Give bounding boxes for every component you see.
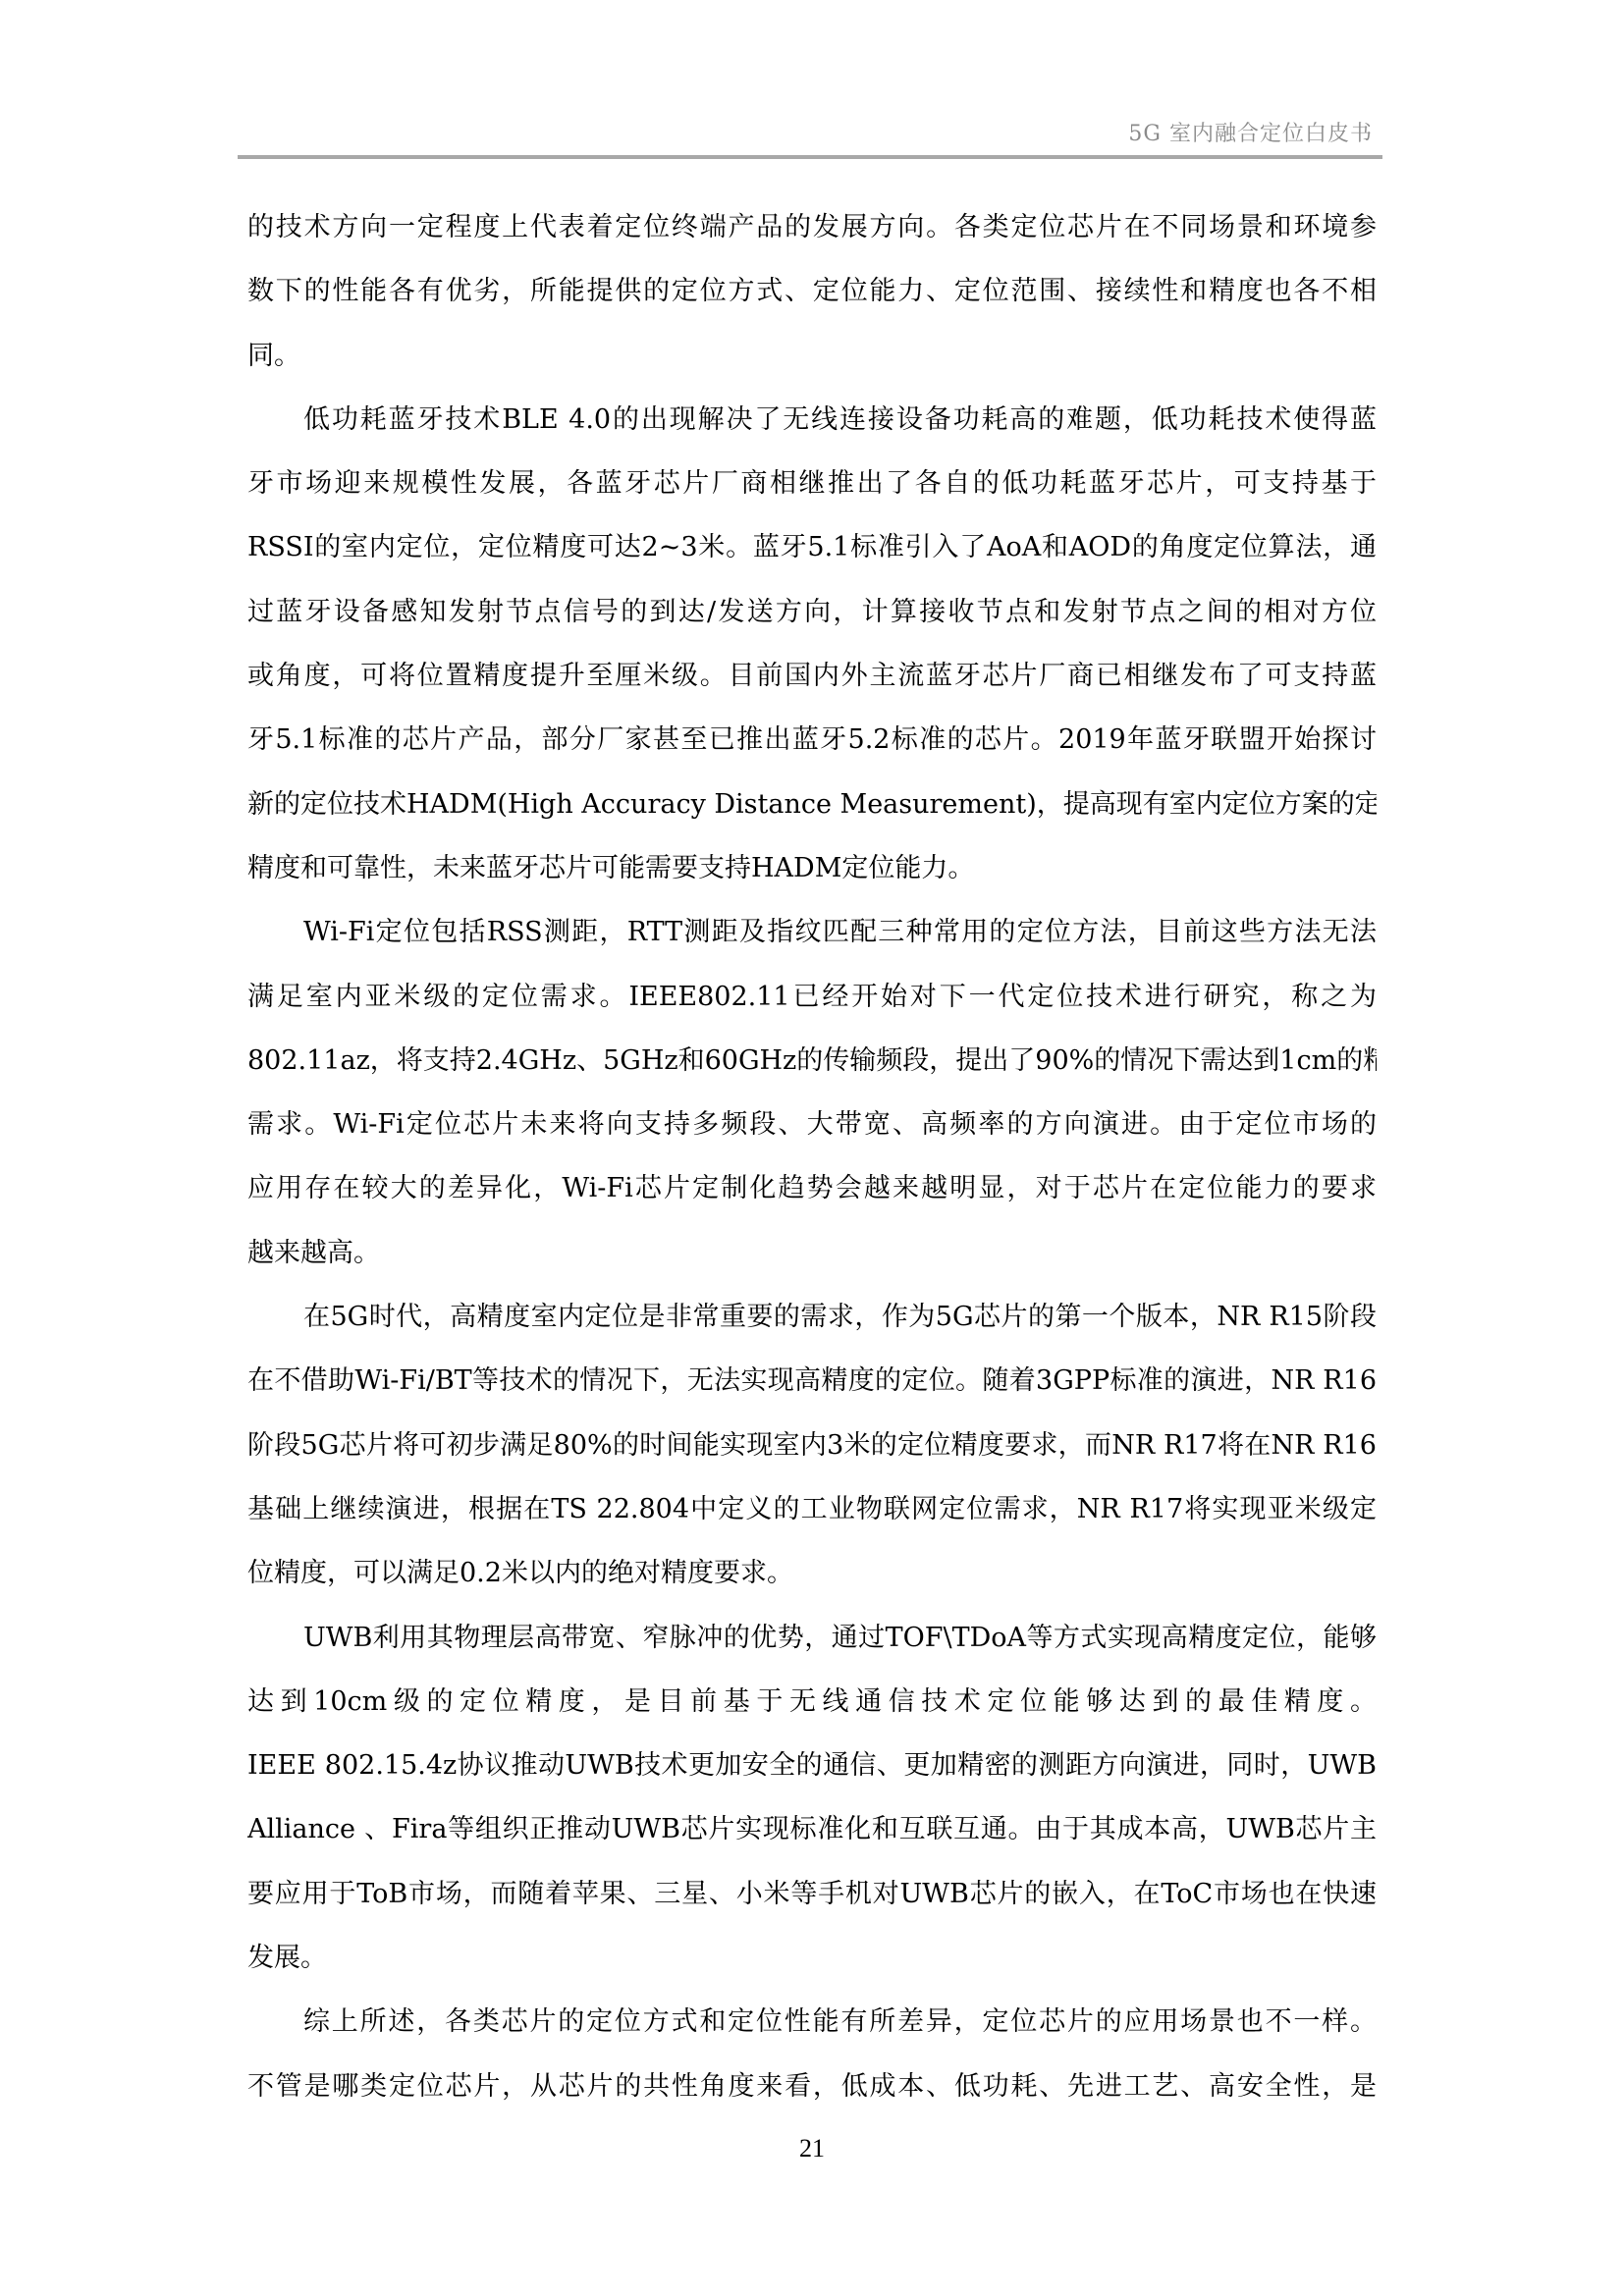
text-line: 同。 bbox=[247, 337, 1377, 400]
text-line: 越来越高。 bbox=[247, 1234, 1377, 1298]
text-line: 牙市场迎来规模性发展，各蓝牙芯片厂商相继推出了各自的低功耗蓝牙芯片，可支持基于 bbox=[247, 464, 1377, 528]
text-line: 低功耗蓝牙技术BLE 4.0的出现解决了无线连接设备功耗高的难题，低功耗技术使得… bbox=[247, 400, 1377, 464]
text-line: 达到10cm级的定位精度，是目前基于无线通信技术定位能够达到的最佳精度。 bbox=[247, 1682, 1377, 1746]
text-line: 需求。Wi-Fi定位芯片未来将向支持多频段、大带宽、高频率的方向演进。由于定位市… bbox=[247, 1105, 1377, 1169]
text-line: 位精度，可以满足0.2米以内的绝对精度要求。 bbox=[247, 1554, 1377, 1618]
document-title: 5G 室内融合定位白皮书 bbox=[1128, 120, 1373, 149]
paragraph-5g: 在5G时代，高精度室内定位是非常重要的需求，作为5G芯片的第一个版本，NR R1… bbox=[247, 1298, 1377, 1618]
text-line: 在不借助Wi-Fi/BT等技术的情况下，无法实现高精度的定位。随着3GPP标准的… bbox=[247, 1362, 1377, 1425]
text-line: Alliance 、Fira等组织正推动UWB芯片实现标准化和互联互通。由于其成… bbox=[247, 1810, 1377, 1874]
text-line: 在5G时代，高精度室内定位是非常重要的需求，作为5G芯片的第一个版本，NR R1… bbox=[247, 1298, 1377, 1362]
text-line: 的技术方向一定程度上代表着定位终端产品的发展方向。各类定位芯片在不同场景和环境参 bbox=[247, 208, 1377, 272]
text-line: UWB利用其物理层高带宽、窄脉冲的优势，通过TOF\TDoA等方式实现高精度定位… bbox=[247, 1619, 1377, 1682]
text-line: 应用存在较大的差异化，Wi-Fi芯片定制化趋势会越来越明显，对于芯片在定位能力的… bbox=[247, 1169, 1377, 1233]
page-header: 5G 室内融合定位白皮书 bbox=[238, 116, 1382, 159]
page-number: 21 bbox=[0, 2134, 1624, 2163]
text-line: 阶段5G芯片将可初步满足80%的时间能实现室内3米的定位精度要求，而NR R17… bbox=[247, 1426, 1377, 1490]
text-line: Wi-Fi定位包括RSS测距，RTT测距及指纹匹配三种常用的定位方法，目前这些方… bbox=[247, 913, 1377, 977]
text-line: 基础上继续演进，根据在TS 22.804中定义的工业物联网定位需求，NR R17… bbox=[247, 1490, 1377, 1554]
paragraph-uwb: UWB利用其物理层高带宽、窄脉冲的优势，通过TOF\TDoA等方式实现高精度定位… bbox=[247, 1619, 1377, 2003]
text-line: 802.11az，将支持2.4GHz、5GHz和60GHz的传输频段，提出了90… bbox=[247, 1041, 1377, 1105]
text-line: 要应用于ToB市场，而随着苹果、三星、小米等手机对UWB芯片的嵌入，在ToC市场… bbox=[247, 1875, 1377, 1939]
paragraph-wifi: Wi-Fi定位包括RSS测距，RTT测距及指纹匹配三种常用的定位方法，目前这些方… bbox=[247, 913, 1377, 1298]
text-line: RSSI的室内定位，定位精度可达2~3米。蓝牙5.1标准引入了AoA和AOD的角… bbox=[247, 528, 1377, 592]
text-line: 数下的性能各有优劣，所能提供的定位方式、定位能力、定位范围、接续性和精度也各不相 bbox=[247, 272, 1377, 336]
text-line: 新的定位技术HADM(High Accuracy Distance Measur… bbox=[247, 785, 1377, 849]
header-divider bbox=[238, 155, 1382, 159]
text-line: 发展。 bbox=[247, 1939, 1377, 2002]
text-line: 综上所述，各类芯片的定位方式和定位性能有所差异，定位芯片的应用场景也不一样。 bbox=[247, 2002, 1377, 2066]
text-line: 牙5.1标准的芯片产品，部分厂家甚至已推出蓝牙5.2标准的芯片。2019年蓝牙联… bbox=[247, 721, 1377, 784]
paragraph-bluetooth: 低功耗蓝牙技术BLE 4.0的出现解决了无线连接设备功耗高的难题，低功耗技术使得… bbox=[247, 400, 1377, 913]
paragraph-chip-overview: 的技术方向一定程度上代表着定位终端产品的发展方向。各类定位芯片在不同场景和环境参… bbox=[247, 208, 1377, 400]
text-line: IEEE 802.15.4z协议推动UWB技术更加安全的通信、更加精密的测距方向… bbox=[247, 1746, 1377, 1810]
body-text: 的技术方向一定程度上代表着定位终端产品的发展方向。各类定位芯片在不同场景和环境参… bbox=[247, 208, 1377, 2131]
paragraph-summary: 综上所述，各类芯片的定位方式和定位性能有所差异，定位芯片的应用场景也不一样。 不… bbox=[247, 2002, 1377, 2131]
text-line: 或角度，可将位置精度提升至厘米级。目前国内外主流蓝牙芯片厂商已相继发布了可支持蓝 bbox=[247, 657, 1377, 721]
text-line: 精度和可靠性，未来蓝牙芯片可能需要支持HADM定位能力。 bbox=[247, 849, 1377, 913]
text-line: 满足室内亚米级的定位需求。IEEE802.11已经开始对下一代定位技术进行研究，… bbox=[247, 978, 1377, 1041]
text-line: 不管是哪类定位芯片，从芯片的共性角度来看，低成本、低功耗、先进工艺、高安全性，是 bbox=[247, 2067, 1377, 2131]
text-line: 过蓝牙设备感知发射节点信号的到达/发送方向，计算接收节点和发射节点之间的相对方位 bbox=[247, 593, 1377, 657]
